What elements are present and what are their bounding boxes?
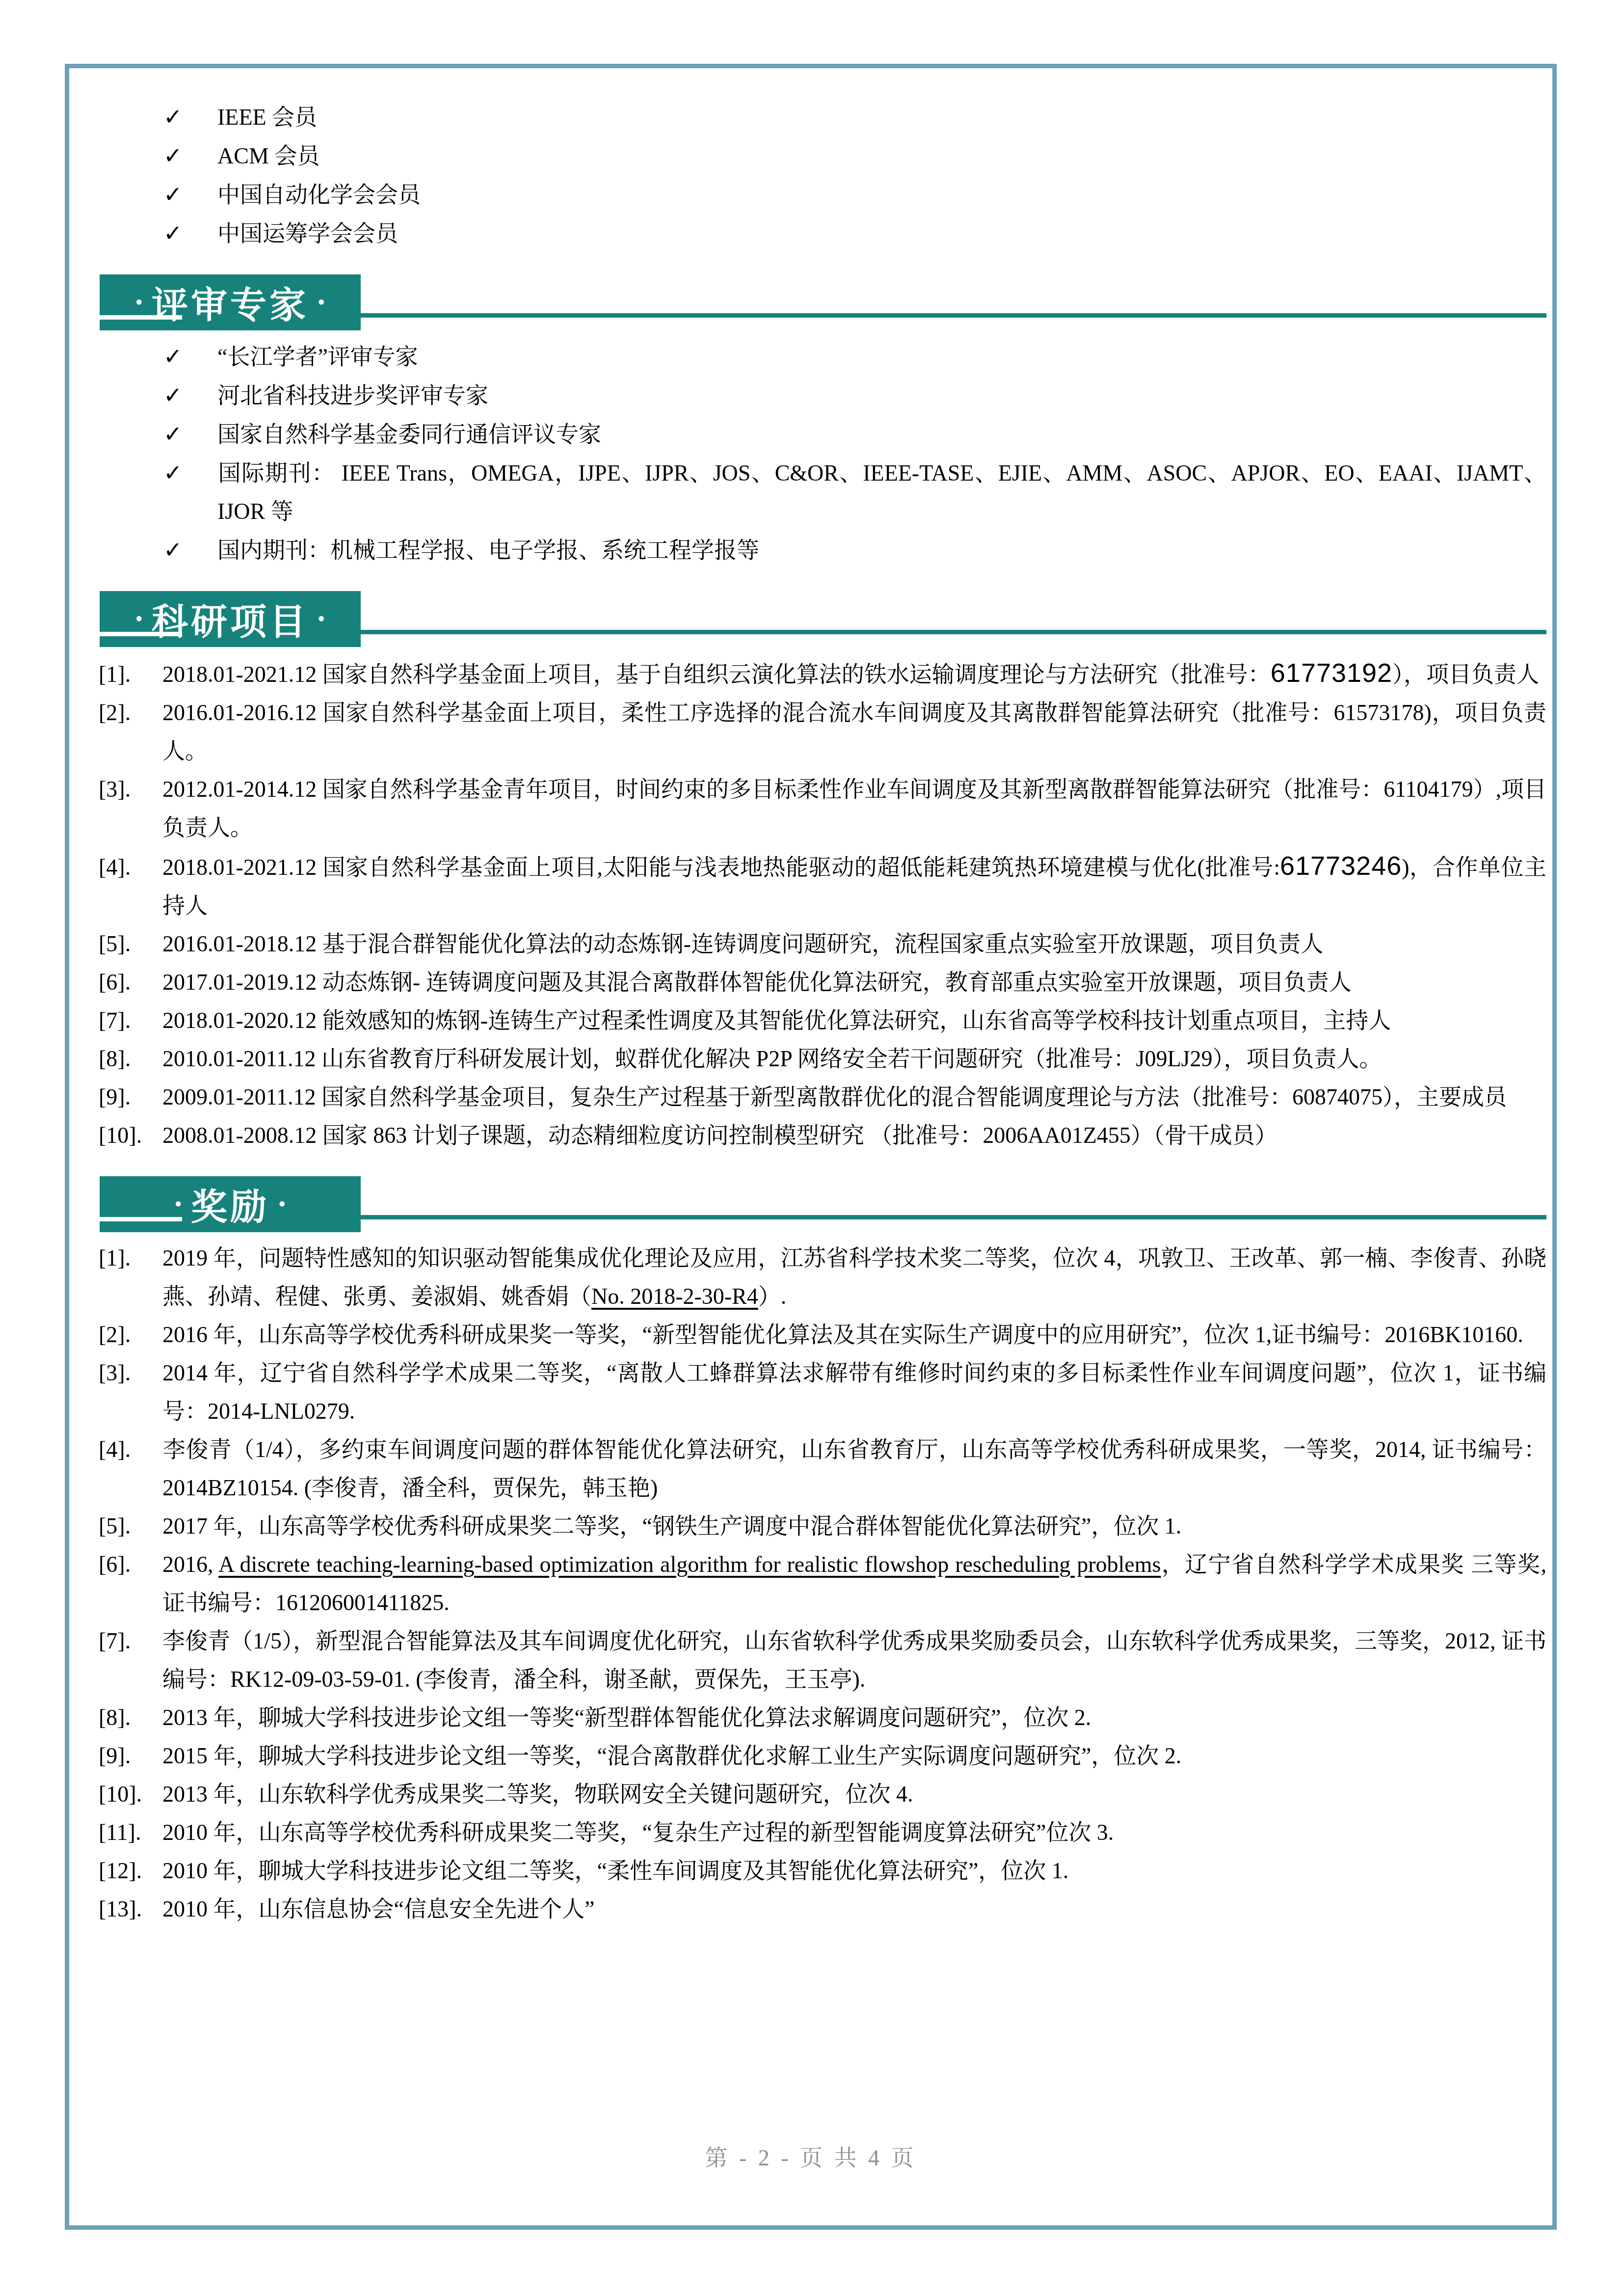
award-text: 2010 年，山东高等学校优秀科研成果奖二等奖，“复杂生产过程的新型智能调度算法… [162,1820,1114,1845]
project-item: [3].2012.01-2014.12 国家自然科学基金青年项目，时间约束的多目… [99,770,1546,847]
award-item: [5].2017 年，山东高等学校优秀科研成果奖二等奖，“钢铁生产调度中混合群体… [99,1507,1546,1545]
section-title-box: •奖励• [100,1176,361,1232]
section-header-review: •评审专家• [99,274,1546,330]
review-text: 国际期刊： IEEE Trans，OMEGA，IJPE、IJPR、JOS、C&O… [217,460,1546,524]
item-marker: [3]. [99,770,162,809]
check-icon: ✓ [99,98,217,136]
item-marker: [5]. [99,925,162,963]
item-marker: [10]. [99,1775,162,1813]
check-icon: ✓ [99,337,217,376]
item-marker: [7]. [99,1001,162,1040]
item-marker: [4]. [99,848,162,887]
section-divider-line [361,1215,1546,1219]
project-text: 2018.01-2020.12 能效感知的炼钢-连铸生产过程柔性调度及其智能优化… [162,1008,1391,1033]
award-text: 2014 年，辽宁省自然科学学术成果二等奖，“离散人工蜂群算法求解带有维修时间约… [162,1360,1546,1424]
item-marker: [9]. [99,1078,162,1116]
project-item: [8].2010.01-2011.12 山东省教育厅科研发展计划，蚁群优化解决 … [99,1040,1546,1078]
award-text: 2013 年，聊城大学科技进步论文组一等奖“新型群体智能优化算法求解调度问题研究… [162,1705,1091,1730]
award-item: [11].2010 年，山东高等学校优秀科研成果奖二等奖，“复杂生产过程的新型智… [99,1813,1546,1852]
project-text: 2008.01-2008.12 国家 863 计划子课题，动态精细粒度访问控制模… [162,1123,1277,1148]
award-item: [7].李俊青（1/5），新型混合智能算法及其车间调度优化研究，山东省软科学优秀… [99,1622,1546,1699]
award-item: [4].李俊青（1/4），多约束车间调度问题的群体智能优化算法研究，山东省教育厅… [99,1431,1546,1507]
award-paper-title: A discrete teaching-learning-based optim… [218,1552,1161,1577]
award-text: 2010 年，山东信息协会“信息安全先进个人” [162,1896,594,1921]
item-marker: [10]. [99,1116,162,1155]
section-title: 评审专家 [152,276,309,328]
award-text: 2017 年，山东高等学校优秀科研成果奖二等奖，“钢铁生产调度中混合群体智能优化… [162,1513,1181,1539]
item-marker: [6]. [99,1545,162,1584]
bullet-dot-icon: • [135,591,143,647]
list-item-membership: ✓中国运筹学会会员 [99,214,1546,253]
section-divider-line [361,630,1546,634]
review-text: 国内期刊：机械工程学报、电子学报、系统工程学报等 [217,538,759,563]
review-text: “长江学者”评审专家 [217,344,418,369]
membership-text: 中国自动化学会会员 [217,182,421,207]
header-underline-dash [100,1217,182,1221]
award-text: 2019 年，问题特性感知的知识驱动智能集成优化理论及应用，江苏省科学技术奖二等… [162,1245,1546,1309]
award-text: 2013 年，山东软科学优秀成果奖二等奖，物联网安全关键问题研究，位次 4. [162,1782,913,1807]
project-item: [1].2018.01-2021.12 国家自然科学基金面上项目，基于自组织云演… [99,654,1546,694]
project-item: [7].2018.01-2020.12 能效感知的炼钢-连铸生产过程柔性调度及其… [99,1001,1546,1040]
check-icon: ✓ [99,214,217,252]
project-text: 2016.01-2018.12 基于混合群智能优化算法的动态炼钢-连铸调度问题研… [162,931,1323,956]
item-marker: [1]. [99,1239,162,1277]
item-marker: [8]. [99,1040,162,1078]
item-marker: [5]. [99,1507,162,1545]
membership-text: 中国运筹学会会员 [217,221,398,246]
project-item: [10].2008.01-2008.12 国家 863 计划子课题，动态精细粒度… [99,1116,1546,1155]
award-item: [3].2014 年，辽宁省自然科学学术成果二等奖，“离散人工蜂群算法求解带有维… [99,1354,1546,1431]
list-item-review: ✓国内期刊：机械工程学报、电子学报、系统工程学报等 [99,531,1546,569]
list-item-membership: ✓ACM 会员 [99,136,1546,175]
section-divider-line [361,313,1546,318]
item-marker: [2]. [99,1316,162,1354]
project-text: 2012.01-2014.12 国家自然科学基金青年项目，时间约束的多目标柔性作… [162,777,1546,840]
list-item-membership: ✓IEEE 会员 [99,98,1546,136]
check-icon: ✓ [99,175,217,214]
bullet-dot-icon: • [318,274,325,330]
item-marker: [11]. [99,1813,162,1852]
award-item: [12].2010 年，聊城大学科技进步论文组二等奖，“柔性车间调度及其智能优化… [99,1852,1546,1890]
project-text: 2010.01-2011.12 山东省教育厅科研发展计划，蚁群优化解决 P2P … [162,1046,1382,1071]
award-item: [10].2013 年，山东软科学优秀成果奖二等奖，物联网安全关键问题研究，位次… [99,1775,1546,1813]
project-item: [5].2016.01-2018.12 基于混合群智能优化算法的动态炼钢-连铸调… [99,925,1546,963]
item-marker: [12]. [99,1852,162,1890]
list-item-review: ✓“长江学者”评审专家 [99,337,1546,376]
project-item: [6].2017.01-2019.12 动态炼钢- 连铸调度问题及其混合离散群体… [99,963,1546,1001]
item-marker: [13]. [99,1890,162,1928]
item-marker: [3]. [99,1354,162,1392]
check-icon: ✓ [99,376,217,414]
list-item-membership: ✓中国自动化学会会员 [99,175,1546,214]
section-header-projects: •科研项目• [99,591,1546,647]
award-certificate-number: No. 2018-2-30-R4 [591,1284,758,1309]
page-footer: 第 - 2 - 页 共 4 页 [69,2140,1552,2172]
grant-number: 61773246 [1280,851,1402,881]
membership-text: ACM 会员 [217,143,319,168]
page-frame: ✓IEEE 会员 ✓ACM 会员 ✓中国自动化学会会员 ✓中国运筹学会会员 •评… [65,64,1557,2230]
list-item-review: ✓河北省科技进步奖评审专家 [99,376,1546,415]
header-underline-dash [100,315,182,320]
section-title-box: •评审专家• [100,274,361,330]
check-icon: ✓ [99,136,217,175]
award-text: 2016 年，山东高等学校优秀科研成果奖一等奖，“新型智能优化算法及其在实际生产… [162,1322,1523,1347]
item-marker: [1]. [99,655,162,694]
check-icon: ✓ [99,415,217,453]
award-item: [6].2016, A discrete teaching-learning-b… [99,1545,1546,1622]
bullet-dot-icon: • [135,274,143,330]
project-text: 2017.01-2019.12 动态炼钢- 连铸调度问题及其混合离散群体智能优化… [162,970,1352,995]
award-item: [1].2019 年，问题特性感知的知识驱动智能集成优化理论及应用，江苏省科学技… [99,1239,1546,1316]
section-header-awards: •奖励• [99,1176,1546,1232]
membership-text: IEEE 会员 [217,105,317,130]
award-item: [13].2010 年，山东信息协会“信息安全先进个人” [99,1890,1546,1928]
award-item: [8].2013 年，聊城大学科技进步论文组一等奖“新型群体智能优化算法求解调度… [99,1699,1546,1737]
project-item: [2].2016.01-2016.12 国家自然科学基金面上项目，柔性工序选择的… [99,694,1546,770]
item-marker: [6]. [99,963,162,1001]
project-item: [4].2018.01-2021.12 国家自然科学基金面上项目,太阳能与浅表地… [99,847,1546,925]
bullet-dot-icon: • [318,591,325,647]
section-title: 科研项目 [152,593,309,645]
project-text: ），项目负责人 [1392,662,1539,687]
item-marker: [8]. [99,1699,162,1737]
check-icon: ✓ [99,531,217,569]
project-text: 2009.01-2011.12 国家自然科学基金项目，复杂生产过程基于新型离散群… [162,1084,1507,1109]
award-text: ）. [758,1284,787,1309]
item-marker: [4]. [99,1431,162,1469]
item-marker: [2]. [99,694,162,732]
page-content: ✓IEEE 会员 ✓ACM 会员 ✓中国自动化学会会员 ✓中国运筹学会会员 •评… [99,98,1546,1928]
award-text: 2010 年，聊城大学科技进步论文组二等奖，“柔性车间调度及其智能优化算法研究”… [162,1858,1068,1883]
review-text: 国家自然科学基金委同行通信评议专家 [217,422,601,447]
item-marker: [7]. [99,1622,162,1660]
award-text: 2016, [162,1552,218,1577]
bullet-dot-icon: • [175,1176,182,1232]
section-title-box: •科研项目• [100,591,361,647]
project-text: 2018.01-2021.12 国家自然科学基金面上项目，基于自组织云演化算法的… [162,662,1271,687]
list-item-review: ✓国际期刊： IEEE Trans，OMEGA，IJPE、IJPR、JOS、C&… [99,454,1546,531]
list-item-review: ✓国家自然科学基金委同行通信评议专家 [99,415,1546,454]
project-text: 2018.01-2021.12 国家自然科学基金面上项目,太阳能与浅表地热能驱动… [162,855,1280,880]
item-marker: [9]. [99,1737,162,1775]
check-icon: ✓ [99,454,217,492]
header-underline-dash [100,632,182,636]
award-item: [2].2016 年，山东高等学校优秀科研成果奖一等奖，“新型智能优化算法及其在… [99,1316,1546,1354]
award-item: [9].2015 年，聊城大学科技进步论文组一等奖，“混合离散群优化求解工业生产… [99,1737,1546,1775]
award-text: 李俊青（1/4），多约束车间调度问题的群体智能优化算法研究，山东省教育厅，山东高… [162,1437,1546,1500]
award-text: 2015 年，聊城大学科技进步论文组一等奖，“混合离散群优化求解工业生产实际调度… [162,1743,1181,1768]
section-title: 奖励 [191,1178,269,1230]
review-text: 河北省科技进步奖评审专家 [217,383,488,408]
bullet-dot-icon: • [278,1176,286,1232]
project-item: [9].2009.01-2011.12 国家自然科学基金项目，复杂生产过程基于新… [99,1078,1546,1116]
project-text: 2016.01-2016.12 国家自然科学基金面上项目，柔性工序选择的混合流水… [162,700,1546,763]
grant-number: 61773192 [1271,658,1392,688]
award-text: 李俊青（1/5），新型混合智能算法及其车间调度优化研究，山东省软科学优秀成果奖励… [162,1628,1546,1692]
